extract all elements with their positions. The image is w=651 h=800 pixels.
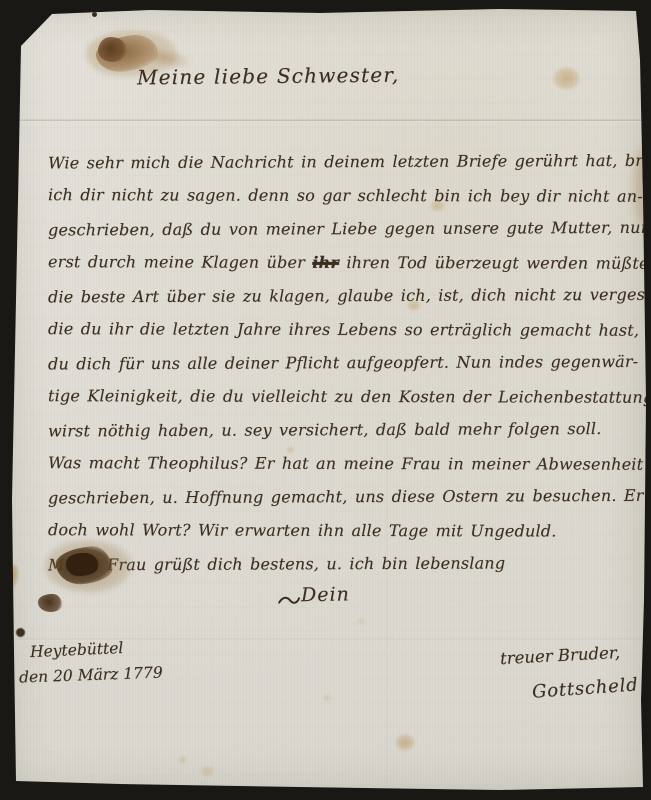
- body-line: wirst nöthig haben, u. sey versichert, d…: [48, 412, 651, 448]
- body-line: geschrieben, daß du von meiner Liebe geg…: [48, 211, 651, 247]
- body-line: geschrieben, u. Hoffnung gemacht, uns di…: [48, 479, 651, 515]
- body-line: die beste Art über sie zu klagen, glaube…: [48, 278, 651, 314]
- foxing-spot: [357, 618, 366, 625]
- body-line: Meine Frau grüßt dich bestens, u. ich bi…: [48, 546, 651, 582]
- body-line-with-correction: erst durch meine Klagen über ihr ihren T…: [48, 245, 651, 280]
- body-line-segment: ihren Tod überzeugt werden müßtest.: [346, 252, 651, 272]
- pen-flourish: [278, 587, 300, 609]
- signature-name: Gottscheld: [531, 674, 639, 702]
- body-line: die du ihr die letzten Jahre ihres Leben…: [48, 312, 651, 347]
- body-line: ich dir nicht zu sagen. denn so gar schl…: [48, 178, 651, 213]
- body-line: Wie sehr mich die Nachricht in deinem le…: [48, 144, 651, 180]
- ink-blot-small: [38, 594, 62, 612]
- crossed-out-word: ihr: [312, 252, 339, 271]
- closing-word: Dein: [278, 583, 350, 606]
- body-line: doch wohl Wort? Wir erwarten ihn alle Ta…: [48, 513, 651, 548]
- body-line-segment: erst durch meine Klagen über: [48, 252, 305, 272]
- ink-dot: [16, 628, 25, 637]
- ink-speck: [92, 12, 97, 17]
- salutation: Meine liebe Schwester,: [137, 63, 400, 90]
- body-line: Was macht Theophilus? Er hat an meine Fr…: [48, 446, 651, 481]
- foxing-spot: [553, 67, 580, 90]
- foxing-spot: [395, 734, 415, 751]
- ink-blot-top-left-core: [98, 37, 126, 62]
- foxing-spot: [178, 756, 187, 764]
- foxing-spot: [322, 694, 332, 702]
- fold-crease-top: [20, 119, 643, 123]
- letter-body: Wie sehr mich die Nachricht in deinem le…: [48, 145, 651, 581]
- letter-scan: Meine liebe Schwester, Wie sehr mich die…: [0, 0, 651, 800]
- edge-stain-left: [2, 564, 20, 591]
- foxing-spot: [200, 766, 215, 777]
- paper-sheet: Meine liebe Schwester, Wie sehr mich die…: [0, 0, 651, 800]
- body-line: du dich für uns alle deiner Pflicht aufg…: [48, 345, 651, 381]
- dateline-date: den 20 März 1779: [19, 663, 163, 686]
- closing-text: Dein: [301, 583, 350, 606]
- signature-relation: treuer Bruder,: [500, 643, 621, 668]
- body-line: tige Kleinigkeit, die du vielleicht zu d…: [48, 379, 651, 414]
- dateline-place: Heytebüttel: [30, 639, 124, 661]
